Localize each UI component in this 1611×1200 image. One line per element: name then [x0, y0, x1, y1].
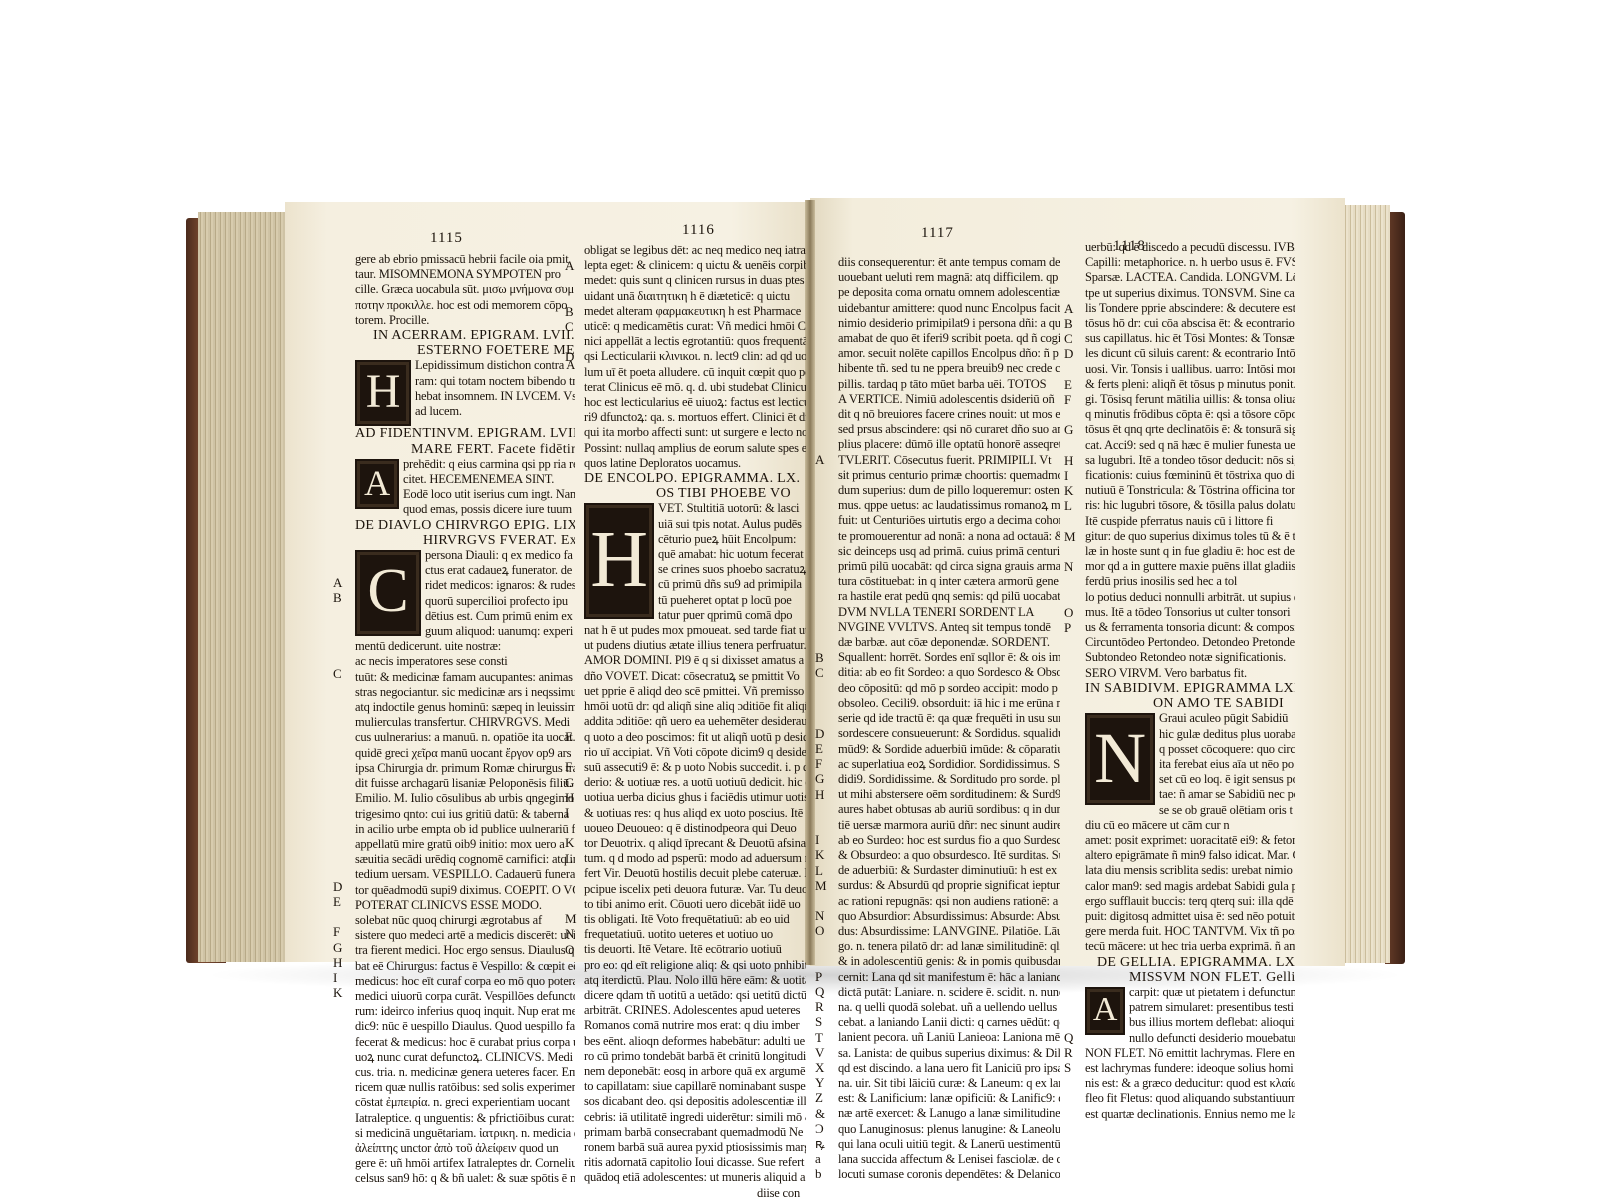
margin-letter: F: [333, 924, 342, 939]
margin-letter: [815, 635, 827, 650]
margin-letter: [1064, 787, 1076, 802]
decorated-initial-a: A: [355, 459, 399, 509]
margin-letter: [815, 802, 827, 817]
margin-letter: E: [333, 894, 342, 909]
text-line: addita ɔditiōe: qñ uero ea uehemēter des…: [584, 714, 806, 729]
margin-letter: [815, 498, 827, 513]
text-line: uoueo Deuoueo: q ē distinodpeora qui Deu…: [584, 821, 806, 836]
margin-letter: F: [1064, 392, 1076, 407]
text-line: uidant unā διαιτητικη h ē diæteticē: q u…: [584, 289, 806, 304]
margin-letter: [333, 772, 342, 787]
text-line: sordescere consueuerunt: & Sordidus. squ…: [838, 726, 1060, 741]
margin-letter: [333, 636, 342, 651]
margin-letter: [1064, 802, 1076, 817]
text-line: ab eo Surdeo: hoc est surdus fio a quo S…: [838, 833, 1060, 848]
text-line: Sparsæ. LACTEA. Candida. LONGVM. Lōgo: [1085, 270, 1295, 285]
text-line: derio: & uotiuæ res. a uotū uotiuū dedic…: [584, 775, 806, 790]
text-line: citet. HECEMENEMEA SINT.: [403, 472, 575, 487]
margin-letters-col1: ABCDEFGHIK: [333, 575, 342, 1000]
text-line: appellatū mire gratū oib9 initio: mox ue…: [355, 837, 575, 852]
text-line: ridet medicos: ignaros: & rudes:: [425, 578, 575, 593]
margin-letter: E: [1064, 377, 1076, 392]
text-line: aures habet obtusas ab auriū sordibus: q…: [838, 802, 1060, 817]
epigram-lemma: ESTERNO FOETERE MERO.: [355, 343, 575, 358]
margin-letter: H: [815, 787, 827, 802]
text-line: ditia: ab eo fit Sordeo: a quo Sordesco …: [838, 665, 1060, 680]
epigram-lemma: MARE FERT. Facete fidētinum re: [355, 442, 575, 457]
text-line: amabat de quo ēt iferi9 scribit poeta. q…: [838, 331, 1060, 346]
text-line: lata diu mensis scriblita sedis: urebat …: [1085, 863, 1295, 878]
margin-letter: [815, 270, 827, 285]
text-line: arbitrāt. CRINES. Adolescentes apud uete…: [584, 1003, 806, 1018]
epigram-heading: DE DIAVLO CHIRVRGO EPIG. LIX.: [355, 518, 575, 533]
margin-letter: [1064, 1015, 1076, 1030]
text-line: didi9. Sordidissime. & Sorditudo pro sor…: [838, 772, 1060, 787]
text-line: taur. MISOMNEMONA SYMPOTEN pro: [355, 267, 575, 282]
text-line: q minutis frōdibus cōpta ē: qsi a tōsore…: [1085, 407, 1295, 422]
margin-letter: S: [815, 1014, 827, 1029]
text-line: Lepidissimum distichon contra Acer: [415, 358, 575, 373]
text-line: ricem quæ nullis ratōibus: sed solis exp…: [355, 1080, 575, 1095]
text-line: dicere qdam tñ uotitū a uetādo: qsi ueti…: [584, 988, 806, 1003]
margin-letter: [1064, 437, 1076, 452]
text-line: uosi. Vir. Tonsis i uallibus. uarro: Int…: [1085, 362, 1295, 377]
text-line: mor qd a in guttere maxie puēns illat gl…: [1085, 559, 1295, 574]
epigram-lemma: ON AMO TE SABIDI: [1085, 696, 1295, 711]
margin-letter: [333, 712, 342, 727]
margin-letter: C: [565, 319, 577, 334]
text-line: nis est: & a græco deducitur: quod est κ…: [1085, 1076, 1295, 1091]
margin-letter: [1064, 711, 1076, 726]
text-line: qui lana oculi uitiū tegit. & Lanerū ues…: [838, 1137, 1060, 1152]
book-gutter: [805, 200, 815, 965]
text-line: ronem barbā suā aurea pyxid ptiosissimis…: [584, 1140, 806, 1155]
text-line: fecerat & medicus: hoc ē curabat prius c…: [355, 1035, 575, 1050]
epigram-heading: IN SABIDIVM. EPIGRAMMA LXI.: [1085, 681, 1295, 696]
margin-letter: [565, 699, 577, 714]
text-line: Possint: nullaq amplius de eorum salute …: [584, 441, 806, 456]
text-line: sa lugubri. Itē a tondeo tōsor deducit: …: [1085, 453, 1295, 468]
margin-letter: [815, 422, 827, 437]
text-line: lana succida affectum & Lenisei fasciolæ…: [838, 1152, 1060, 1167]
text-line: uet pprie ē aliqd deo scē pmittei. Vñ pr…: [584, 684, 806, 699]
margin-letter: [815, 589, 827, 604]
margin-letter: [333, 818, 342, 833]
margin-letter: [565, 592, 577, 607]
text-line: tor Deuotrix. q aliqd īprecant & Deuotū …: [584, 836, 806, 851]
margin-letter: A: [565, 258, 577, 273]
margin-letter: a: [815, 1151, 827, 1166]
margin-letter: [815, 817, 827, 832]
text-line: ra hastile erat pedū qnq semis: qd pilū …: [838, 589, 1060, 604]
margin-letter: [565, 425, 577, 440]
margin-letter: V: [815, 1045, 827, 1060]
margin-letter: [333, 803, 342, 818]
text-line: Iatraleptice. q unguentis: & pfrictiōibu…: [355, 1111, 575, 1126]
text-line: cernit: Lana qd sit manifestum ē: hāc a …: [838, 970, 1060, 985]
margin-letter: [815, 407, 827, 422]
text-line: obsoleo. Cecili9. obsorduit: iā hic i me…: [838, 696, 1060, 711]
epigram-heading: DE GELLIA. EPIGRAMMA. LXII.: [1085, 955, 1295, 970]
margin-letter: [1064, 574, 1076, 589]
margin-letter: [333, 848, 342, 863]
margin-letter: [565, 486, 577, 501]
margin-letter: F: [815, 756, 827, 771]
text-line: atq indoctile genus hominū: sæpeq in leu…: [355, 700, 575, 715]
text-line: frequetatiuū. uotito ueteres et uotiuo u…: [584, 927, 806, 942]
margin-letter: [1064, 665, 1076, 680]
text-line: mūd9: & Sordide aduerbiū imūde: & cōpara…: [838, 742, 1060, 757]
margin-letter: T: [815, 1030, 827, 1045]
margin-letter: [815, 513, 827, 528]
margin-letter: [565, 608, 577, 623]
text-line: fert Vir. Deuotū hostilis decuit plebe c…: [584, 866, 806, 881]
text-line: sus capillatus. hic ēt Tōsi Montes: & To…: [1085, 331, 1295, 346]
margin-letter: [815, 285, 827, 300]
text-line: tatur puer qprimū comā dpo: [658, 608, 806, 623]
margin-letter: O: [1064, 605, 1076, 620]
text-line: uticē: q medicamētis curat: Vñ medici hm…: [584, 319, 806, 334]
margin-letter: E: [565, 729, 577, 744]
text-line: tor quēadmodū supi9 diximus. COEPIT. O V…: [355, 883, 575, 898]
text-line: in acilio urbe empta ob id publice uulne…: [355, 822, 575, 837]
margin-letter: [815, 437, 827, 452]
margin-letter: [565, 365, 577, 380]
margin-letter: [815, 711, 827, 726]
text-line: altero epigrāmate ñ min9 falso idicat. M…: [1085, 848, 1295, 863]
margin-letters-col2: ABCDEFGHIKLMNO: [565, 243, 577, 957]
text-line: lis Tondere pprie abscindere: & decutere…: [1085, 301, 1295, 316]
margin-letter: C: [815, 665, 827, 680]
margin-letter: [333, 727, 342, 742]
margin-letter: [1064, 635, 1076, 650]
text-line: quos latine Deploratos uocamus.: [584, 456, 806, 471]
text-line: & Obsurdeo: a quo obsurdesco. Itē surdit…: [838, 848, 1060, 863]
margin-letter: I: [333, 970, 342, 985]
text-line: Squallent: horrēt. Sordes enī sqllor ē: …: [838, 650, 1060, 665]
text-line: sos dicabant deo. qsi depositis adolesce…: [584, 1094, 806, 1109]
text-line: tra fierent medici. Hoc ergo sensus. Dia…: [355, 943, 575, 958]
text-line: se se ob grauē olētiam oris t: [1159, 803, 1295, 818]
margin-letter: [815, 346, 827, 361]
margin-letter: [333, 833, 342, 848]
margin-letter: [565, 623, 577, 638]
text-line: de aduerbiū: & Surdaster diminutiuū: h e…: [838, 863, 1060, 878]
margin-letter: C: [1064, 331, 1076, 346]
text-line: VET. Stultitiā uotorū: & lasci: [658, 501, 806, 516]
text-line: persona Diauli: q ex medico fa: [425, 548, 575, 563]
text-line: sit primus centurio primæ choortis: quem…: [838, 468, 1060, 483]
text-line: tecū mācere: ut hec tria uerba exprimā. …: [1085, 939, 1295, 954]
margin-letter: [1064, 513, 1076, 528]
text-line: primū pilū uocabāt: qd circa signa graui…: [838, 559, 1060, 574]
text-line: carpit: quæ ut pietatem i defunctum: [1129, 985, 1295, 1000]
margin-letter: ꝶ: [815, 1136, 827, 1151]
text-line: surdus: & Absurdū qd proprie significat …: [838, 878, 1060, 893]
text-line: Subtondeo Retondeo notæ significationis.: [1085, 650, 1295, 665]
margin-letter: K: [815, 847, 827, 862]
margin-letter: [1064, 362, 1076, 377]
text-line: pillis. tardaq p tāto mūet barba uēi. TO…: [838, 377, 1060, 392]
margin-letter: G: [1064, 422, 1076, 437]
text-line: stras negociantur. sic medicinæ ars i ne…: [355, 685, 575, 700]
margin-letter: [815, 544, 827, 559]
margin-letter: [565, 410, 577, 425]
margin-letter: [1064, 939, 1076, 954]
margin-letter: A: [815, 452, 827, 467]
margin-letter: [333, 697, 342, 712]
text-line: ro cū primo tondebāt barbā ēt crinitū lo…: [584, 1049, 806, 1064]
text-line: ac rationi repugnās: qsi non audiens rat…: [838, 894, 1060, 909]
margin-letter: N: [565, 926, 577, 941]
text-line: tōsus hō dr: cui cōa abscisa ēt: & econt…: [1085, 316, 1295, 331]
margin-letter: [815, 468, 827, 483]
margin-letter: P: [1064, 620, 1076, 635]
text-line: bat eē Chirurgus: factus ē Vespillo: & c…: [355, 959, 575, 974]
margin-letter: D: [333, 879, 342, 894]
text-line: sistere quo medeci artē a medicis discer…: [355, 928, 575, 943]
text-line: q uoto a deo poscimos: fit ut aliqñ uotū…: [584, 730, 806, 745]
margin-letter: [565, 273, 577, 288]
text-line: ipsa Chirurgia dr. primum Romæ chirurgus…: [355, 761, 575, 776]
text-line: locuti sumase coronis dependētes: & Dela…: [838, 1167, 1060, 1182]
text-line: ita ferebat eius aīa ut nēo po: [1159, 757, 1295, 772]
text-line: dit fuisse archagarū lisaniæ Peloponēsis…: [355, 776, 575, 791]
margin-letter: [1064, 544, 1076, 559]
text-line: serie qd ide tractū ē: qa quæ frequēti i…: [838, 711, 1060, 726]
text-line: lanient pecora. uñ Laniū Lanieoa: Lanion…: [838, 1030, 1060, 1045]
margin-letter: [1064, 286, 1076, 301]
text-column-4: uerbū: qd ē discedo a pecudū discessu. I…: [1085, 240, 1295, 1122]
margin-letter: [1064, 969, 1076, 984]
text-line: atq iterdictū. Plau. Nolo illū hēre eām:…: [584, 973, 806, 988]
text-line: hibente tñ. sed tu ne ppera breuib9 nec …: [838, 361, 1060, 376]
margin-letter: M: [565, 911, 577, 926]
margin-letter: [815, 316, 827, 331]
margin-letter: [1064, 589, 1076, 604]
margin-letter: [565, 820, 577, 835]
text-line: bes eēnt. alioqn deformes habebātur: adu…: [584, 1034, 806, 1049]
margin-letter: [1064, 923, 1076, 938]
margin-letter: [565, 456, 577, 471]
margin-letter: R: [1064, 1045, 1076, 1060]
margin-letter: [565, 471, 577, 486]
text-line: trigesimo qnto: cui ius gritiū datū: & t…: [355, 807, 575, 822]
text-line: dic9: nūc ē uespillo Diaulus. Quod uespi…: [355, 1019, 575, 1034]
margin-letter: Y: [815, 1075, 827, 1090]
text-line: Eodē loco utit iserius cum ingt. Nam: [403, 487, 575, 502]
text-line: lepta eget: & clinicem: q uictu & uenēis…: [584, 258, 806, 273]
margin-letter: R: [815, 999, 827, 1014]
margin-letter: [815, 528, 827, 543]
text-line: amor. secuit nolēte capillos Encolpus dñ…: [838, 346, 1060, 361]
margin-letter: [1064, 772, 1076, 787]
text-line: ac necis imperatores sese consti: [355, 654, 575, 669]
text-line: ri9 dfunctoꝝ: qa. s. mortuos effert. Cli…: [584, 410, 806, 425]
text-line: deo cōpositū: qd mō p sordeo accipit: mo…: [838, 681, 1060, 696]
text-line: pcipue iscelix peti deuora futuræ. Var. …: [584, 882, 806, 897]
text-line: & in adolescentiū genis: & in pomis quib…: [838, 954, 1060, 969]
text-line: rio uī accipiat. Vñ Voti cōpote dicim9 q…: [584, 745, 806, 760]
margin-letter: [565, 440, 577, 455]
text-line: TVLERIT. Cōsecutus fuerit. PRIMIPILI. Vt: [838, 453, 1060, 468]
text-line: hoc est lecticularius eē uiuoꝝ: factus e…: [584, 395, 806, 410]
margin-letter: P: [815, 969, 827, 984]
margin-letter: D: [815, 726, 827, 741]
text-line: cebris: iā utilitatē ingredi uiderētur: …: [584, 1110, 806, 1125]
text-line: cus uulnerarius: a manuū. n. opatiōe ita…: [355, 730, 575, 745]
text-line: sæuitia secādi urēdiq cognomē carnifici:…: [355, 852, 575, 867]
text-line: amet: posit exprimet: uoracitatē ei9: & …: [1085, 833, 1295, 848]
margin-letter: [815, 938, 827, 953]
text-line: tis obligati. Itē Voto frequētatiuū: ab …: [584, 912, 806, 927]
text-line: dño VOVET. Dicat: cōsecratuꝝ se pmittit …: [584, 669, 806, 684]
margin-letters-col3: ABCDEFGHIKLMNOPQRSTVXYZ&Ɔꝶab: [815, 255, 827, 1181]
margin-letter: [565, 243, 577, 258]
margin-letter: [1064, 863, 1076, 878]
margin-letter: Q: [1064, 1030, 1076, 1045]
decorated-initial-h: H: [355, 360, 411, 426]
margin-letter: [1064, 832, 1076, 847]
text-line: qsi Lecticularii κλινικοι. n. lect9 clin…: [584, 349, 806, 364]
margin-letter: [565, 653, 577, 668]
margin-letter: B: [1064, 316, 1076, 331]
text-line: quo Lanuginosus: plenus lanugine: & Lane…: [838, 1122, 1060, 1137]
margin-letter: [1064, 954, 1076, 969]
text-line: quē amabat: hic uotum fecerat: [658, 547, 806, 562]
text-line: puit: digitosq admittet uisa ē: sed nēo …: [1085, 909, 1295, 924]
text-line: cēturio pueꝝ hūit Encolpum:: [658, 532, 806, 547]
text-line: uiā sui tpis notat. Aulus pudēs: [658, 517, 806, 532]
text-line: næ artē exercet: & Lanugo a lanæ similit…: [838, 1106, 1060, 1121]
text-line: quādoq etiā adolescentes: ut muneris ali…: [584, 1170, 806, 1185]
text-line: uotiua uerba dicius ghus i faciēdis utim…: [584, 790, 806, 805]
margin-letter: B: [333, 590, 342, 605]
text-line: ut mihi abstersere oēm sorditudinem: & S…: [838, 787, 1060, 802]
margin-letter: [1064, 240, 1076, 255]
text-line: Circuntōdeo Pertondeo. Detondeo Pretonde…: [1085, 635, 1295, 650]
margin-letter: [815, 331, 827, 346]
text-line: uouebant ueluti rem magnā: atq difficile…: [838, 270, 1060, 285]
margin-letter: [333, 788, 342, 803]
text-line: ferdū prius inosilis sed hec a tol: [1085, 574, 1295, 589]
text-line: celsus san9 hō: q & bñ ualet: & suæ spōt…: [355, 1171, 575, 1186]
text-line: est lachrymas fundere: ideoque solius ho…: [1085, 1061, 1295, 1076]
text-line: dētius est. Cum primū enim ex: [425, 609, 575, 624]
text-line: tuūt: & medicinæ famam aucupantes: anima…: [355, 670, 575, 685]
text-line: bus illius mortem deflebat: alioquin: [1129, 1015, 1295, 1030]
text-line: ram: qui totam noctem bibendo tra: [415, 374, 575, 389]
text-line: ac superlatiua eoꝝ Sordidior. Sordidissi…: [838, 757, 1060, 772]
text-line: na. q uelli quodā solebat. uñ a uellendo…: [838, 1000, 1060, 1015]
text-line: us & ferramenta tonsoria dicunt: & compo…: [1085, 620, 1295, 635]
margin-letter: [1064, 999, 1076, 1014]
margin-letter: [1064, 756, 1076, 771]
margin-letter: O: [565, 942, 577, 957]
margin-letter: [815, 893, 827, 908]
text-line: sic deinceps usq ad primā. cuius primā c…: [838, 544, 1060, 559]
text-line: uerbū: qd ē discedo a pecudū discessu. I…: [1085, 240, 1295, 255]
margin-letter: [1064, 680, 1076, 695]
text-line: tiē uersæ marmora auriū dñr: nec sinunt …: [838, 818, 1060, 833]
epigram-heading: IN ACERRAM. EPIGRAM. LVII.: [355, 328, 575, 343]
margin-letters-col4: ABCDEFGHIKLMNOPQRS: [1064, 240, 1076, 1075]
decorated-initial-h: H: [584, 503, 654, 619]
decorated-initial-c: C: [355, 550, 421, 636]
margin-letter: A: [1064, 301, 1076, 316]
decorated-initial-n: N: [1085, 713, 1155, 805]
text-line: guum aliquod: uanumq: experi: [425, 624, 575, 639]
margin-letter: [815, 574, 827, 589]
text-line: nat h ē ut pudes mox pmoueat. sed tarde …: [584, 623, 806, 638]
text-line: medici uiuorū corpa curāt. Vespillōes de…: [355, 989, 575, 1004]
text-line: diu cū eo mācere ut cām cur n: [1085, 818, 1295, 833]
margin-letter: [565, 501, 577, 516]
margin-letter: [565, 683, 577, 698]
text-line: dit q nō breuiores facere crines nouit: …: [838, 407, 1060, 422]
text-line: mus. qppe uetus: ac laudatissimus romano…: [838, 498, 1060, 513]
folio-number: 1116: [682, 222, 715, 239]
text-line: POTERAT CLINICVS ESSE MODO.: [355, 898, 575, 913]
margin-letter: [565, 896, 577, 911]
text-line: hmōi uotū dr: qd aliqñ sine aliq ɔditiōe…: [584, 699, 806, 714]
text-line: cōstat ἐμπειρία. n. greci experientiam u…: [355, 1095, 575, 1110]
text-line: mulierculas transfertur. CHIRVRGVS. Medi: [355, 715, 575, 730]
margin-letter: [565, 334, 577, 349]
text-line: solebat nūc quoq chirurgi ægrotabus af: [355, 913, 575, 928]
text-line: ἀλείπτης unctor ἀπὸ τοῦ ἀλείφειν quod un: [355, 1141, 575, 1156]
margin-letter: [565, 881, 577, 896]
margin-letter: [1064, 407, 1076, 422]
text-line: ποτην προκιλλε. hoc est odi memorem cōpo: [355, 298, 575, 313]
margin-letter: A: [333, 575, 342, 590]
margin-letter: K: [1064, 483, 1076, 498]
text-line: prehēdit: q eius carmina qsi pp ria re: [403, 457, 575, 472]
text-line: nimio desiderio primipilat9 i persona dñ…: [838, 316, 1060, 331]
margin-letter: F: [565, 759, 577, 774]
text-line: na. uir. Sit tibi lāiciū curæ: & Laneum:…: [838, 1076, 1060, 1091]
margin-letter: H: [333, 955, 342, 970]
margin-letter: [565, 289, 577, 304]
margin-letter: [333, 651, 342, 666]
text-line: læ in hoste sunt q in fue gladiu ē: hoc …: [1085, 544, 1295, 559]
margin-letter: [565, 577, 577, 592]
text-line: quorū supercilioi profecto ipu: [425, 594, 575, 609]
text-line: uoꝝ nunc curat defunctoꝝ. CLINICVS. Medi: [355, 1050, 575, 1065]
margin-letter: M: [1064, 529, 1076, 544]
text-line: calor man9: sed magis ardebat Sabidi gul…: [1085, 879, 1295, 894]
text-line: pe deposita coma ornatu omnem adolescent…: [838, 285, 1060, 300]
text-line: Graui aculeo pūgit Sabidiū: [1159, 711, 1295, 726]
margin-letter: K: [565, 835, 577, 850]
margin-letter: [333, 757, 342, 772]
margin-letter: [815, 604, 827, 619]
text-line: cus. tria. n. medicinæ genera ueteres fa…: [355, 1065, 575, 1080]
margin-letter: Ɔ: [815, 1121, 827, 1136]
text-line: set cū eo loq. ē igit sensus po: [1159, 772, 1295, 787]
text-line: cebat. a laniando Lanii dicti: q carnes …: [838, 1015, 1060, 1030]
margin-letter: [815, 377, 827, 392]
text-line: sed prsus abscindere: qsi nō curaret dño…: [838, 422, 1060, 437]
margin-letter: H: [1064, 453, 1076, 468]
text-line: fleo fit Fletus: quod aliquando substant…: [1085, 1091, 1295, 1106]
margin-letter: M: [815, 878, 827, 893]
text-line: gere ab ebrio pmissacū hebrii facile oia…: [355, 252, 575, 267]
page-edges-right: [1338, 205, 1390, 963]
text-line: medicus: hoc eīt curaf corpa eo mō quo p…: [355, 974, 575, 989]
text-line: ctus erat cadaueꝝ funerator. de: [425, 563, 575, 578]
margin-letter: N: [815, 908, 827, 923]
